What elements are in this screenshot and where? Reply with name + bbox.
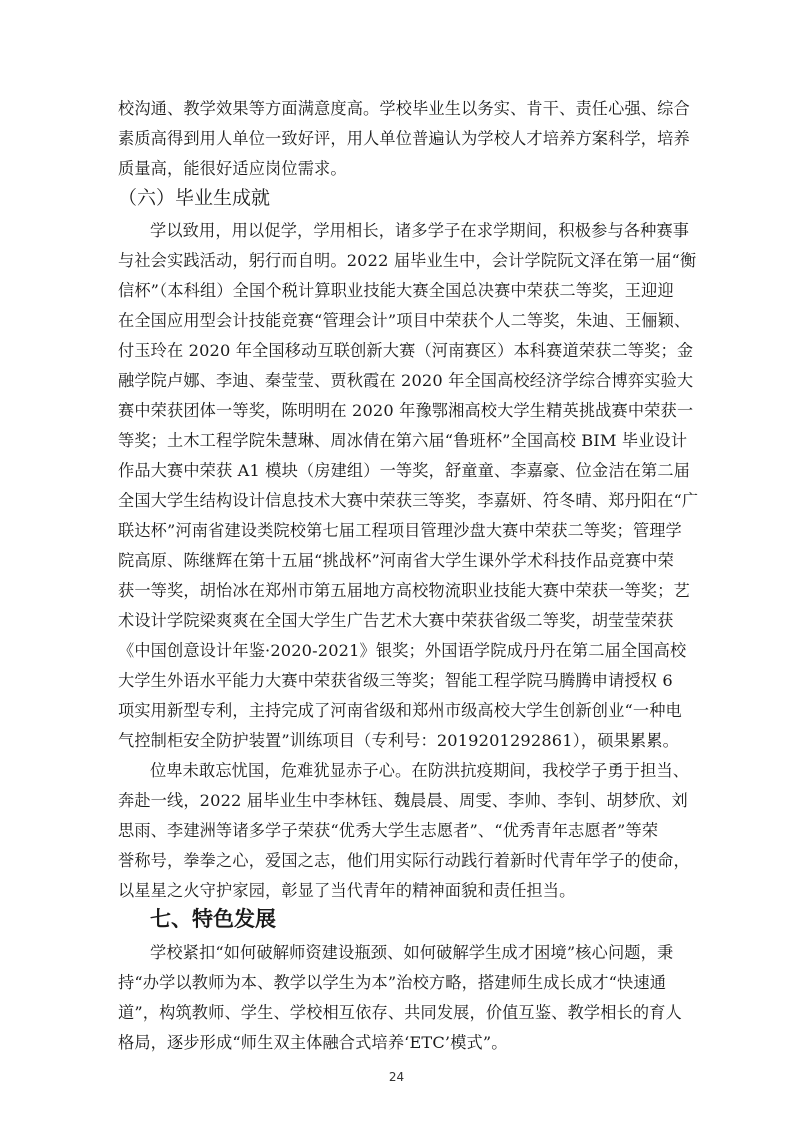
paragraph-line: 学以致用，用以促学，学用相长，诸多学子在求学期间，积极参与各种赛事: [150, 221, 678, 241]
paragraph-line: 学校紧扣“如何破解师资建设瓶颈、如何破解学生成才困境”核心问题，秉: [150, 943, 678, 963]
paragraph-line: 以星星之火守护家园，彰显了当代青年的精神面貌和责任担当。: [118, 881, 678, 901]
paragraph-line: 气控制柜安全防护装置”训练项目（专利号：2019201292861），硕果累累。: [118, 731, 678, 751]
paragraph-line: 大学生外语水平能力大赛中荣获省级三等奖；智能工程学院马腾腾申请授权 6: [118, 671, 678, 691]
paragraph-line: 付玉玲在 2020 年全国移动互联创新大赛（河南赛区）本科赛道荣获二等奖；金: [118, 341, 678, 361]
paragraph-line: 赛中荣获团体一等奖，陈明明在 2020 年豫鄂湘高校大学生精英挑战赛中荣获一: [118, 401, 678, 421]
page-number: 24: [0, 1070, 793, 1084]
paragraph-line: 素质高得到用人单位一致好评，用人单位普遍认为学校人才培养方案科学，培养: [118, 129, 678, 149]
paragraph-line: 《中国创意设计年鉴·2020-2021》银奖；外国语学院成丹丹在第二届全国高校: [118, 641, 678, 661]
paragraph-line: 质量高，能很好适应岗位需求。: [118, 159, 678, 179]
paragraph-line: 奔赴一线，2022 届毕业生中李林钰、魏晨晨、周雯、李帅、李钊、胡梦欣、刘: [118, 791, 678, 811]
paragraph-line: 作品大赛中荣获 A1 模块（房建组）一等奖，舒童童、李嘉豪、位金洁在第二届: [118, 461, 678, 481]
paragraph-line: 融学院卢娜、李迪、秦莹莹、贾秋霞在 2020 年全国高校经济学综合博弈实验大: [118, 371, 678, 391]
paragraph-line: 格局，逐步形成“师生双主体融合式培养‘ETC’模式”。: [118, 1033, 678, 1053]
paragraph-line: 获一等奖，胡怡冰在郑州市第五届地方高校物流职业技能大赛中荣获一等奖；艺: [118, 581, 678, 601]
section-heading-distinctive-development: 七、特色发展: [150, 906, 276, 932]
paragraph-line: 誉称号，拳拳之心，爱国之志，他们用实际行动践行着新时代青年学子的使命，: [118, 851, 678, 871]
paragraph-line: 全国大学生结构设计信息技术大赛中荣获三等奖，李嘉妍、符冬晴、郑丹阳在“广: [118, 491, 678, 511]
paragraph-line: 思雨、李建洲等诸多学子荣获“优秀大学生志愿者”、“优秀青年志愿者”等荣: [118, 821, 678, 841]
paragraph-line: 项实用新型专利，主持完成了河南省级和郑州市级高校大学生创新创业“一种电: [118, 701, 678, 721]
paragraph-line: 与社会实践活动，躬行而自明。2022 届毕业生中，会计学院阮文泽在第一届“衡: [118, 251, 678, 271]
document-page: 校沟通、教学效果等方面满意度高。学校毕业生以务实、肯干、责任心强、综合 素质高得…: [0, 0, 793, 1122]
paragraph-line: 校沟通、教学效果等方面满意度高。学校毕业生以务实、肯干、责任心强、综合: [118, 99, 678, 119]
paragraph-line: 位卑未敢忘忧国，危难犹显赤子心。在防洪抗疫期间，我校学子勇于担当、: [150, 761, 678, 781]
section-heading-graduate-achievements: （六）毕业生成就: [118, 186, 270, 210]
paragraph-line: 院高原、陈继辉在第十五届“挑战杯”河南省大学生课外学术科技作品竞赛中荣: [118, 551, 678, 571]
paragraph-line: 持“办学以教师为本、教学以学生为本”治校方略，搭建师生成长成才“快速通: [118, 973, 678, 993]
paragraph-line: 在全国应用型会计技能竞赛“管理会计”项目中荣获个人二等奖，朱迪、王俪颖、: [118, 311, 678, 331]
paragraph-line: 等奖；土木工程学院朱慧琳、周冰倩在第六届“鲁班杯”全国高校 BIM 毕业设计: [118, 431, 678, 451]
paragraph-line: 联达杯”河南省建设类院校第七届工程项目管理沙盘大赛中荣获二等奖；管理学: [118, 521, 678, 541]
paragraph-line: 术设计学院梁爽爽在全国大学生广告艺术大赛中荣获省级二等奖，胡莹莹荣获: [118, 611, 678, 631]
paragraph-line: 道”，构筑教师、学生、学校相互依存、共同发展，价值互鉴、教学相长的育人: [118, 1003, 678, 1023]
paragraph-line: 信杯”（本科组）全国个税计算职业技能大赛全国总决赛中荣获二等奖，王迎迎: [118, 281, 678, 301]
